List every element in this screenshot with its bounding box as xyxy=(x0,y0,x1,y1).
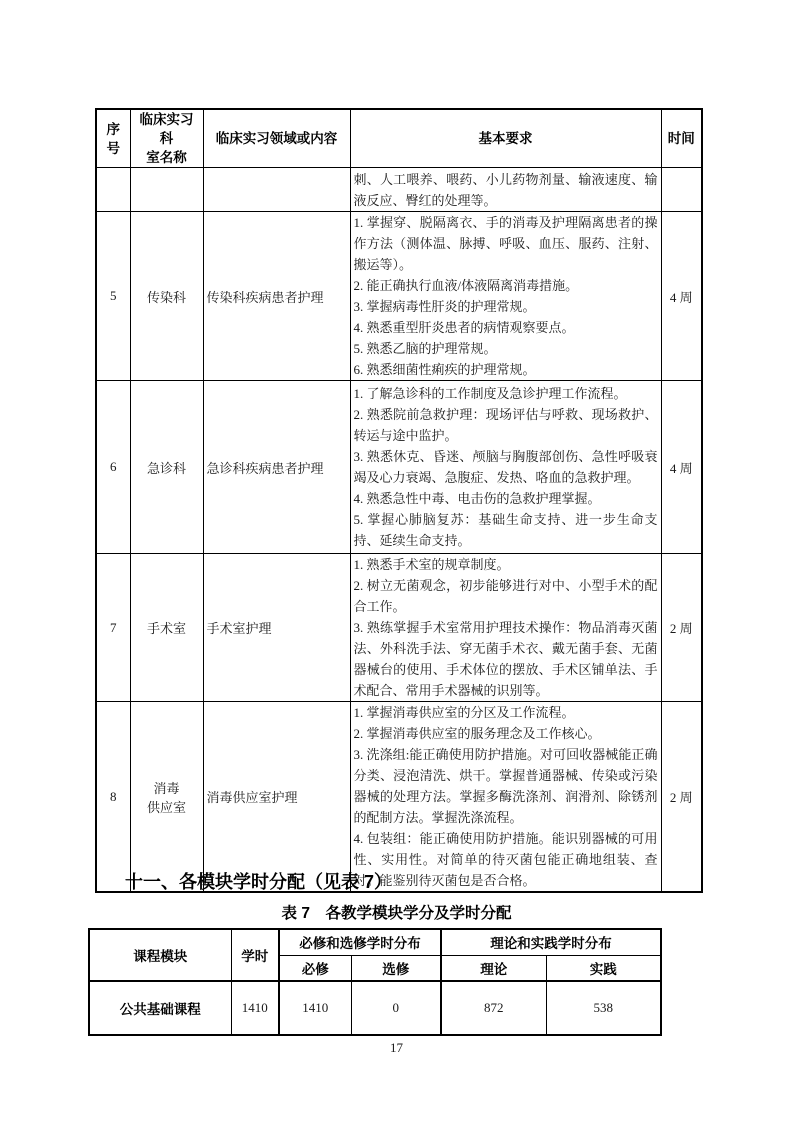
document-page: 序号 临床实习科 室名称 临床实习领域或内容 基本要求 时间 刺、人工喂养、喂药… xyxy=(0,0,793,1122)
page-number: 17 xyxy=(0,1040,793,1056)
col-header-dept: 临床实习科 室名称 xyxy=(130,109,203,168)
time-cell: 2 周 xyxy=(661,702,702,893)
required-cell: 1410 xyxy=(279,981,351,1035)
req-cell: 1. 掌握消毒供应室的分区及工作流程。 2. 掌握消毒供应室的服务理念及工作核心… xyxy=(350,702,661,893)
col-header-time: 时间 xyxy=(661,109,702,168)
requirement-item: 3. 洗涤组:能正确使用防护措施。对可回收器械能正确分类、浸泡清洗、烘干。掌握普… xyxy=(354,744,658,828)
no-cell: 6 xyxy=(96,381,130,554)
requirement-item: 2. 掌握消毒供应室的服务理念及工作核心。 xyxy=(354,723,658,744)
table-row: 8 消毒 供应室 消毒供应室护理 1. 掌握消毒供应室的分区及工作流程。 2. … xyxy=(96,702,702,893)
hours-table-row: 公共基础课程 1410 1410 0 872 538 xyxy=(89,981,661,1035)
dept-cell xyxy=(130,168,203,212)
no-cell: 5 xyxy=(96,212,130,381)
time-cell: 4 周 xyxy=(661,212,702,381)
section-heading: 十一、各模块学时分配（见表 7） xyxy=(125,868,392,894)
req-cell: 1. 掌握穿、脱隔离衣、手的消毒及护理隔离患者的操作方法（测体温、脉搏、呼吸、血… xyxy=(350,212,661,381)
table-row: 5 传染科 传染科疾病患者护理 1. 掌握穿、脱隔离衣、手的消毒及护理隔离患者的… xyxy=(96,212,702,381)
carryover-row: 刺、人工喂养、喂药、小儿药物剂量、输液速度、输液反应、臀红的处理等。 xyxy=(96,168,702,212)
requirement-item: 1. 熟悉手术室的规章制度。 xyxy=(354,554,658,575)
requirement-item: 3. 熟练掌握手术室常用护理技术操作：物品消毒灭菌法、外科洗手法、穿无菌手术衣、… xyxy=(354,617,658,701)
requirement-item: 3. 熟悉休克、昏迷、颅脑与胸腹部创伤、急性呼吸衰竭及心力衰竭、急腹症、发热、咯… xyxy=(354,446,658,488)
time-cell: 2 周 xyxy=(661,554,702,702)
area-cell: 手术室护理 xyxy=(203,554,350,702)
requirement-item: 5. 掌握心肺脑复苏：基础生命支持、进一步生命支持、延续生命支持。 xyxy=(354,509,658,551)
dept-cell: 消毒 供应室 xyxy=(130,702,203,893)
col-header-required: 必修 xyxy=(279,955,351,981)
area-cell: 消毒供应室护理 xyxy=(203,702,350,893)
elective-cell: 0 xyxy=(351,981,441,1035)
table-row: 6 急诊科 急诊科疾病患者护理 1. 了解急诊科的工作制度及急诊护理工作流程。 … xyxy=(96,381,702,554)
col-group-practice: 理论和实践学时分布 xyxy=(441,929,661,955)
table-row: 7 手术室 手术室护理 1. 熟悉手术室的规章制度。 2. 树立无菌观念，初步能… xyxy=(96,554,702,702)
module-cell: 公共基础课程 xyxy=(89,981,231,1035)
requirement-item: 1. 掌握穿、脱隔离衣、手的消毒及护理隔离患者的操作方法（测体温、脉搏、呼吸、血… xyxy=(354,212,658,275)
col-header-hours: 学时 xyxy=(231,929,279,981)
hours-cell: 1410 xyxy=(231,981,279,1035)
theory-cell: 872 xyxy=(441,981,546,1035)
col-header-elective: 选修 xyxy=(351,955,441,981)
no-cell: 7 xyxy=(96,554,130,702)
col-header-theory: 理论 xyxy=(441,955,546,981)
area-cell: 传染科疾病患者护理 xyxy=(203,212,350,381)
dept-cell: 传染科 xyxy=(130,212,203,381)
requirement-item: 4. 包装组：能正确使用防护措施。能识别器械的可用性、实用性。对简单的待灭菌包能… xyxy=(354,828,658,891)
dept-cell: 手术室 xyxy=(130,554,203,702)
requirement-item: 刺、人工喂养、喂药、小儿药物剂量、输液速度、输液反应、臀红的处理等。 xyxy=(354,169,658,211)
req-cell: 刺、人工喂养、喂药、小儿药物剂量、输液速度、输液反应、臀红的处理等。 xyxy=(350,168,661,212)
col-header-module: 课程模块 xyxy=(89,929,231,981)
time-cell xyxy=(661,168,702,212)
internship-table-header-row: 序号 临床实习科 室名称 临床实习领域或内容 基本要求 时间 xyxy=(96,109,702,168)
dept-cell: 急诊科 xyxy=(130,381,203,554)
requirement-item: 1. 掌握消毒供应室的分区及工作流程。 xyxy=(354,702,658,723)
requirement-item: 4. 熟悉急性中毒、电击伤的急救护理掌握。 xyxy=(354,488,658,509)
requirement-item: 2. 熟悉院前急救护理：现场评估与呼救、现场救护、转运与途中监护。 xyxy=(354,404,658,446)
req-cell: 1. 了解急诊科的工作制度及急诊护理工作流程。 2. 熟悉院前急救护理：现场评估… xyxy=(350,381,661,554)
requirement-item: 3. 掌握病毒性肝炎的护理常规。 xyxy=(354,296,658,317)
requirement-item: 2. 能正确执行血液/体液隔离消毒措施。 xyxy=(354,275,658,296)
internship-table: 序号 临床实习科 室名称 临床实习领域或内容 基本要求 时间 刺、人工喂养、喂药… xyxy=(95,108,703,893)
area-cell xyxy=(203,168,350,212)
col-header-area: 临床实习领域或内容 xyxy=(203,109,350,168)
time-cell: 4 周 xyxy=(661,381,702,554)
col-header-req: 基本要求 xyxy=(350,109,661,168)
req-cell: 1. 熟悉手术室的规章制度。 2. 树立无菌观念，初步能够进行对中、小型手术的配… xyxy=(350,554,661,702)
table7-caption: 表 7 各教学模块学分及学时分配 xyxy=(0,901,793,923)
col-header-no: 序号 xyxy=(96,109,130,168)
no-cell xyxy=(96,168,130,212)
practice-cell: 538 xyxy=(546,981,661,1035)
requirement-item: 4. 熟悉重型肝炎患者的病情观察要点。 xyxy=(354,317,658,338)
hours-table: 课程模块 学时 必修和选修学时分布 理论和实践学时分布 必修 选修 理论 实践 … xyxy=(88,928,662,1036)
requirement-item: 6. 熟悉细菌性痢疾的护理常规。 xyxy=(354,359,658,380)
no-cell: 8 xyxy=(96,702,130,893)
col-group-elective: 必修和选修学时分布 xyxy=(279,929,441,955)
col-header-practice: 实践 xyxy=(546,955,661,981)
requirement-item: 1. 了解急诊科的工作制度及急诊护理工作流程。 xyxy=(354,383,658,404)
requirement-item: 2. 树立无菌观念，初步能够进行对中、小型手术的配合工作。 xyxy=(354,575,658,617)
area-cell: 急诊科疾病患者护理 xyxy=(203,381,350,554)
hours-table-group-header-row: 课程模块 学时 必修和选修学时分布 理论和实践学时分布 xyxy=(89,929,661,955)
requirement-item: 5. 熟悉乙脑的护理常规。 xyxy=(354,338,658,359)
